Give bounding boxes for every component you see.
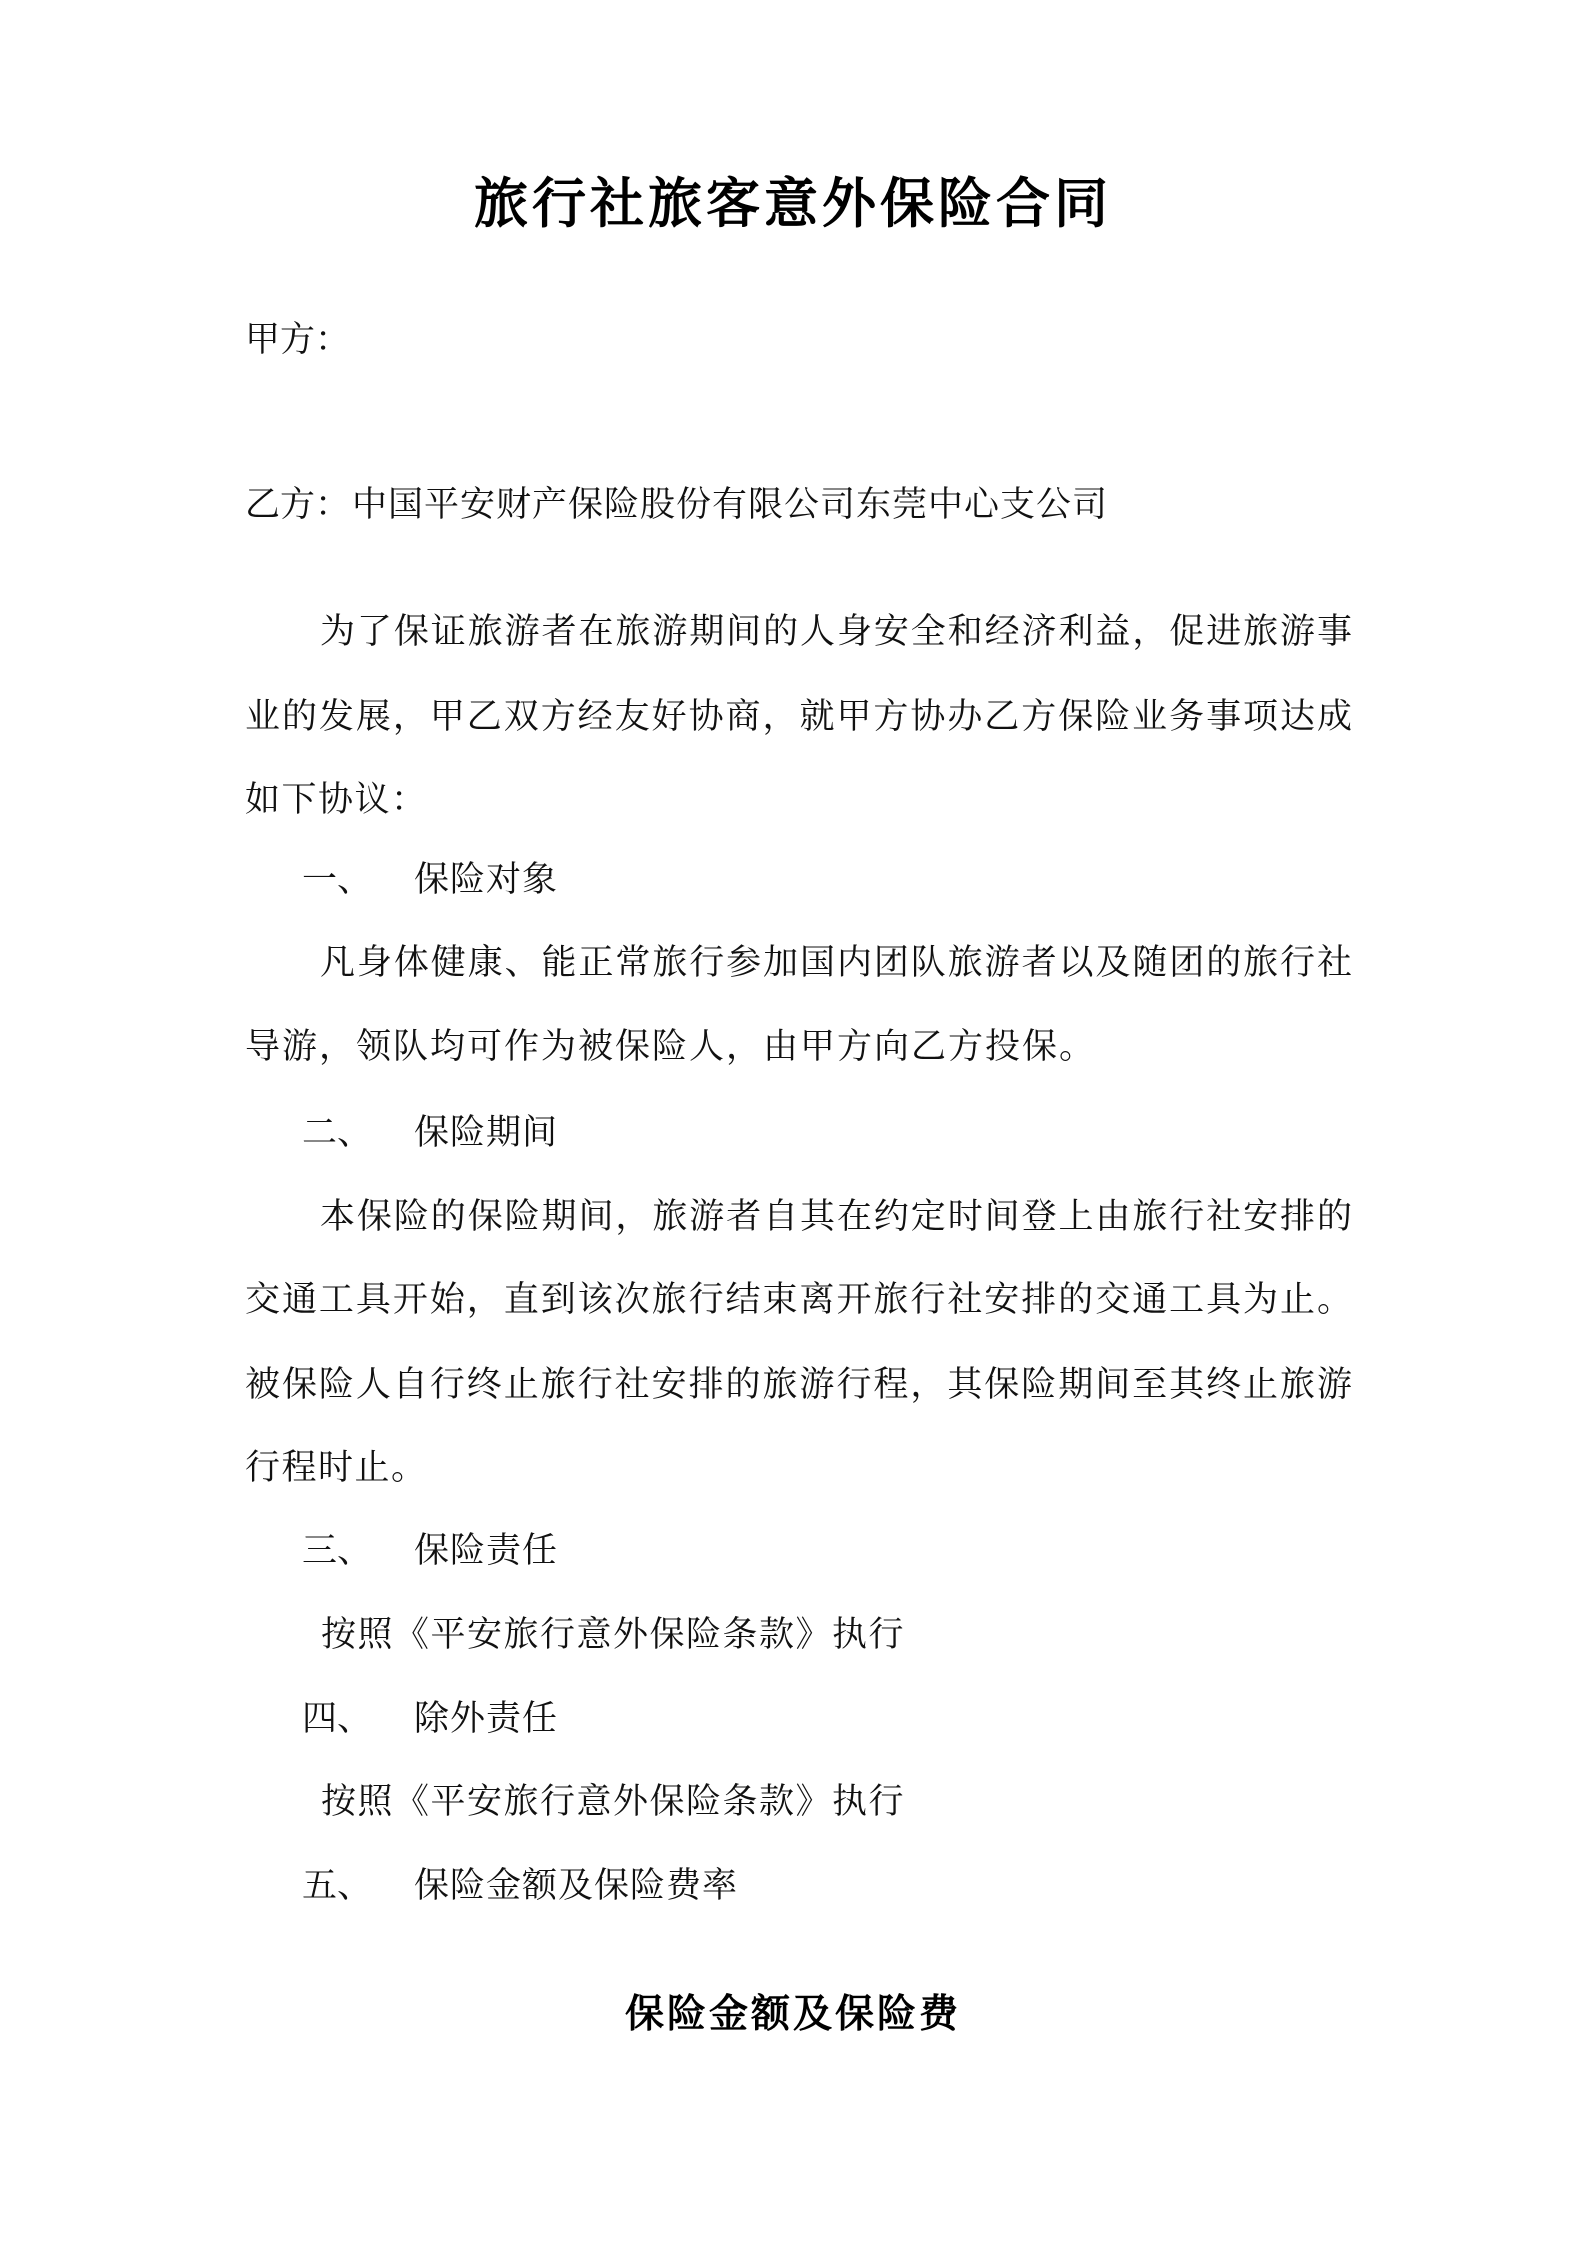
preamble-line-3: 如下协议： xyxy=(245,778,428,822)
section-5-number: 五、 xyxy=(302,1864,372,1908)
section-2-line-1: 本保险的保险期间，旅游者自其在约定时间登上由旅行社安排的 xyxy=(320,1195,1352,1239)
section-3-line-1: 按照《平安旅行意外保险条款》执行 xyxy=(321,1613,905,1657)
section-2-line-2: 交通工具开始，直到该次旅行结束离开旅行社安排的交通工具为止。 xyxy=(245,1278,1352,1322)
preamble-line-1: 为了保证旅游者在旅游期间的人身安全和经济利益，促进旅游事 xyxy=(320,610,1352,654)
section-1-line-1: 凡身体健康、能正常旅行参加国内团队旅游者以及随团的旅行社 xyxy=(320,941,1352,985)
party-a-label: 甲方： xyxy=(245,318,350,362)
section-4-line-1: 按照《平安旅行意外保险条款》执行 xyxy=(321,1780,905,1824)
section-2-title: 保险期间 xyxy=(414,1111,558,1155)
section-5-title: 保险金额及保险费率 xyxy=(414,1864,738,1908)
party-b-name: 中国平安财产保险股份有限公司东莞中心支公司 xyxy=(352,483,1108,527)
section-4-title: 除外责任 xyxy=(414,1697,558,1741)
section-3-number: 三、 xyxy=(302,1529,372,1573)
document-title: 旅行社旅客意外保险合同 xyxy=(0,172,1586,236)
section-1-line-2: 导游，领队均可作为被保险人，由甲方向乙方投保。 xyxy=(245,1025,1096,1069)
party-b-label: 乙方： xyxy=(245,483,350,527)
section-2-number: 二、 xyxy=(302,1111,372,1155)
section-4-number: 四、 xyxy=(302,1697,372,1741)
section-1-title: 保险对象 xyxy=(414,858,558,902)
section-1-number: 一、 xyxy=(302,858,372,902)
section-2-line-4: 行程时止。 xyxy=(245,1446,428,1490)
table-heading: 保险金额及保险费 xyxy=(0,1990,1586,2040)
preamble-line-2: 业的发展，甲乙双方经友好协商，就甲方协办乙方保险业务事项达成 xyxy=(245,695,1352,739)
section-2-line-3: 被保险人自行终止旅行社安排的旅游行程，其保险期间至其终止旅游 xyxy=(245,1363,1352,1407)
section-3-title: 保险责任 xyxy=(414,1529,558,1573)
